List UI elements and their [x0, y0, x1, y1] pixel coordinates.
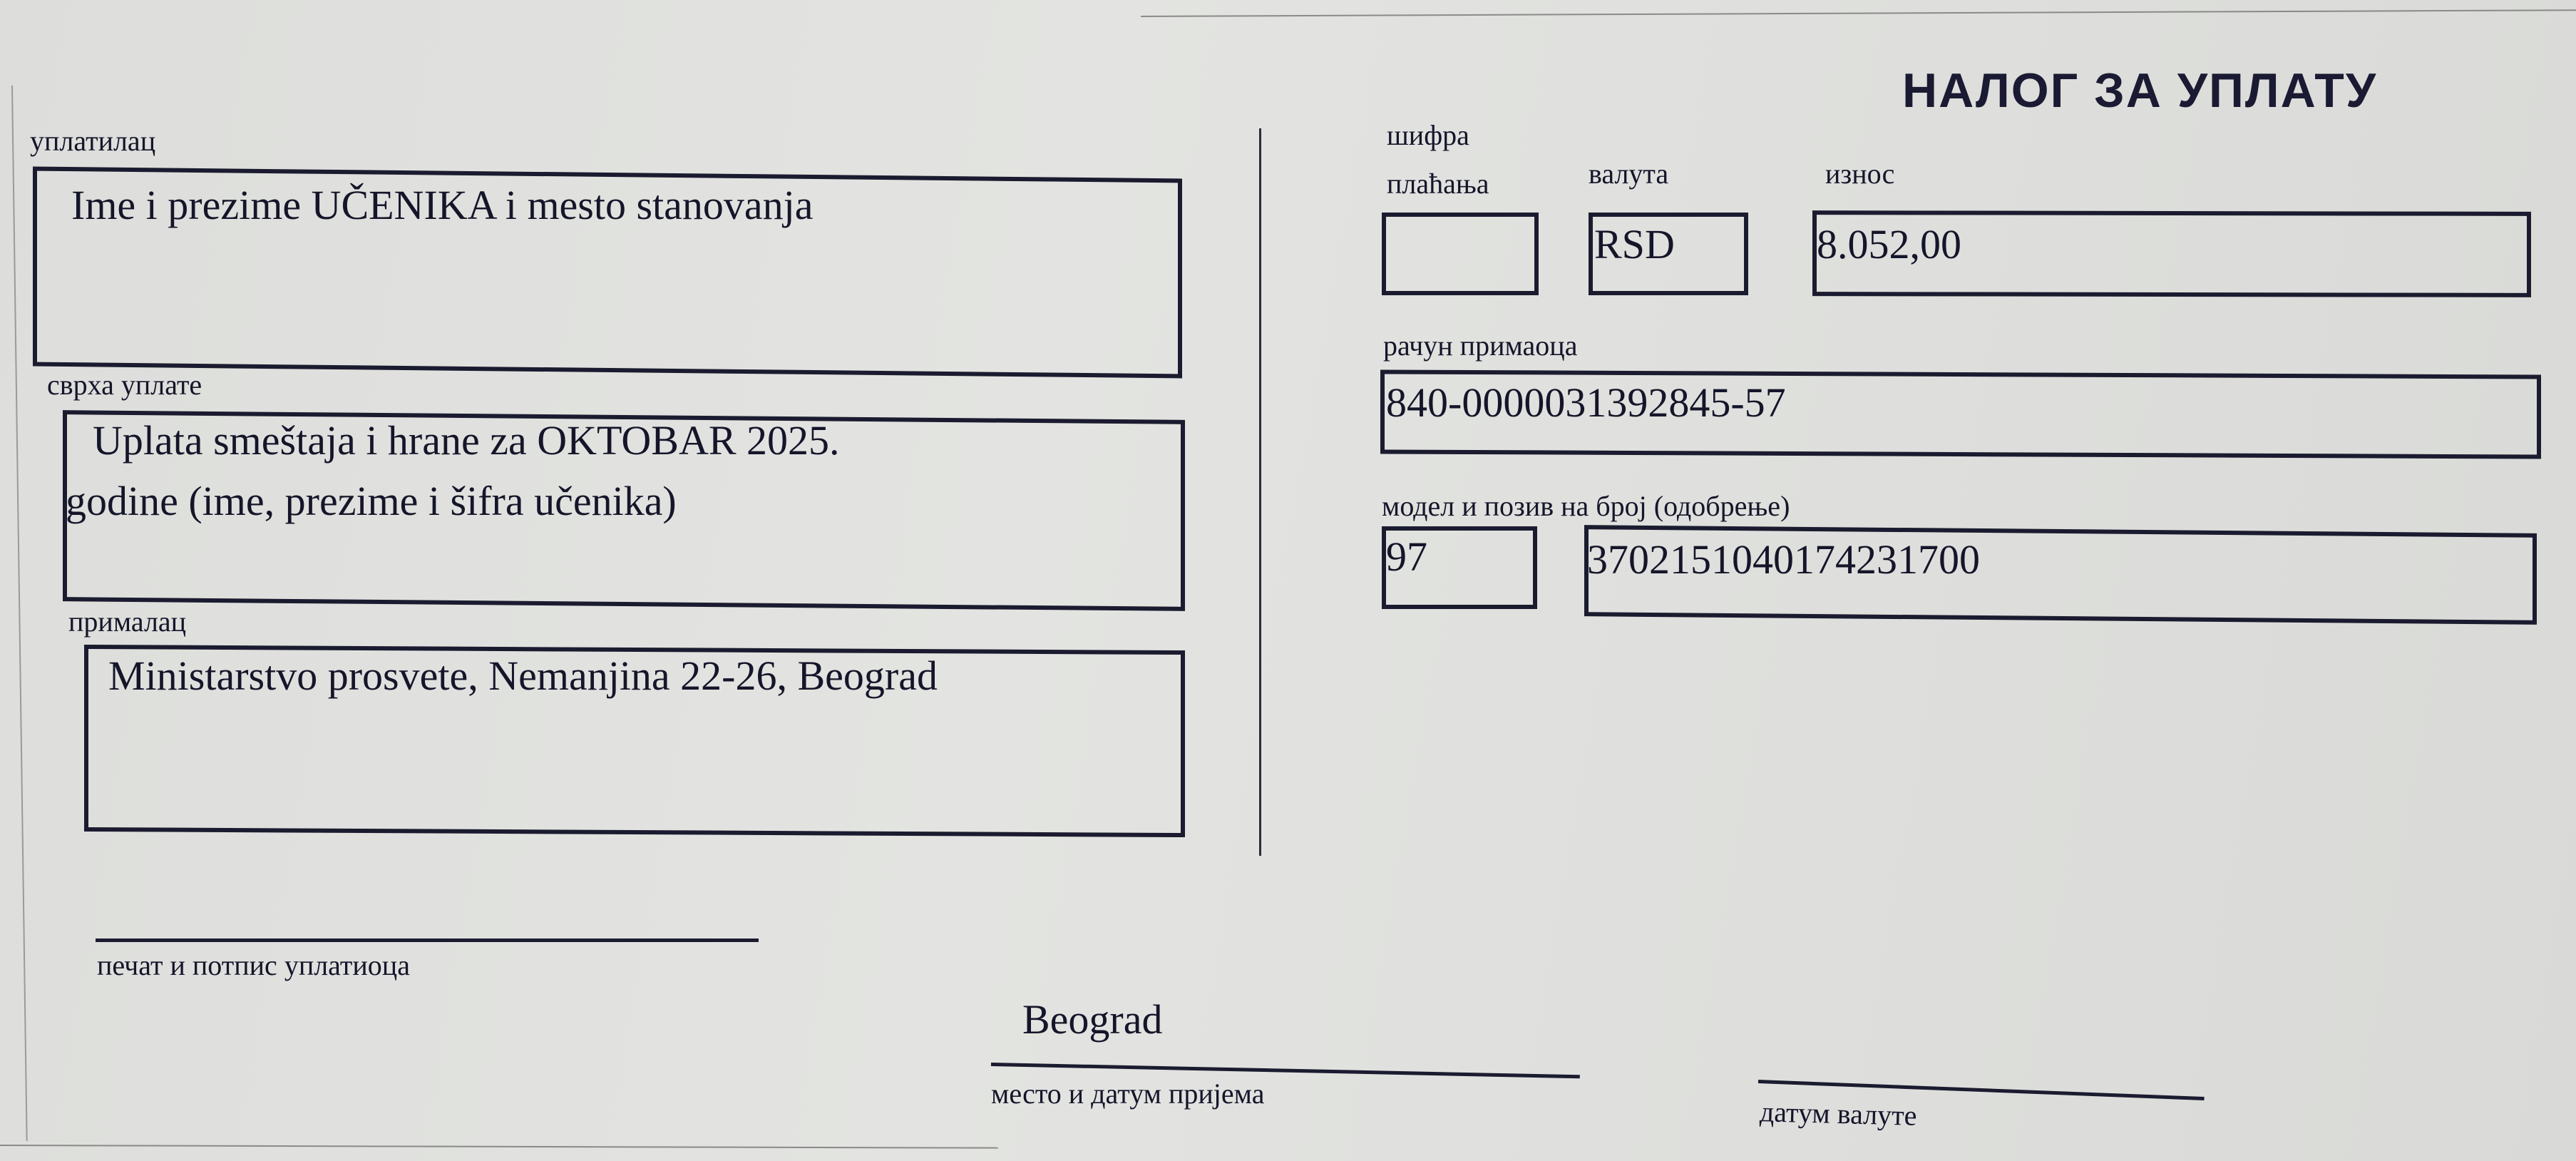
- payment-code-field[interactable]: [1382, 213, 1539, 295]
- currency-label: валута: [1589, 160, 1668, 188]
- page-edge: [0, 1145, 998, 1149]
- place-date-label: место и датум пријема: [991, 1080, 1264, 1108]
- reference-label: модел и позив на број (одобрење): [1382, 492, 1790, 521]
- payer-value: Ime i prezime UČENIKA i mesto stanovanja: [71, 182, 814, 230]
- payment-slip: НАЛОГ ЗА УПЛАТУ уплатилац Ime i prezime …: [0, 0, 2576, 1161]
- place-date-line: [991, 1063, 1580, 1078]
- model-value: 97: [1386, 533, 1427, 581]
- form-title: НАЛОГ ЗА УПЛАТУ: [1902, 63, 2377, 118]
- payer-signature-label: печат и потпис уплатиоца: [97, 951, 410, 980]
- amount-value: 8.052,00: [1817, 221, 1961, 269]
- value-date-label: датум валуте: [1760, 1098, 1917, 1130]
- recipient-label: прималац: [68, 608, 186, 636]
- amount-label: износ: [1825, 160, 1894, 188]
- place-value: Beograd: [1022, 996, 1163, 1043]
- recipient-account-label: рачун примаоца: [1383, 332, 1577, 360]
- payer-label: уплатилац: [30, 127, 155, 155]
- reference-number-value: 3702151040174231700: [1587, 536, 1980, 584]
- recipient-value: Ministarstvo prosvete, Nemanjina 22-26, …: [108, 653, 938, 700]
- payer-signature-line: [96, 938, 759, 942]
- page-edge: [11, 86, 28, 1141]
- purpose-line-1: Uplata smeštaja i hrane za OKTOBAR 2025.: [93, 417, 840, 465]
- purpose-label: сврха уплате: [47, 371, 202, 399]
- page-edge: [1141, 9, 2576, 17]
- column-divider: [1259, 128, 1261, 856]
- currency-value: RSD: [1594, 221, 1675, 269]
- payment-code-label-1: шифра: [1387, 121, 1469, 150]
- payment-code-label-2: плаћања: [1387, 170, 1489, 198]
- purpose-line-2: godine (ime, prezime i šifra učenika): [66, 478, 677, 526]
- recipient-account-value: 840-0000031392845-57: [1386, 379, 1786, 427]
